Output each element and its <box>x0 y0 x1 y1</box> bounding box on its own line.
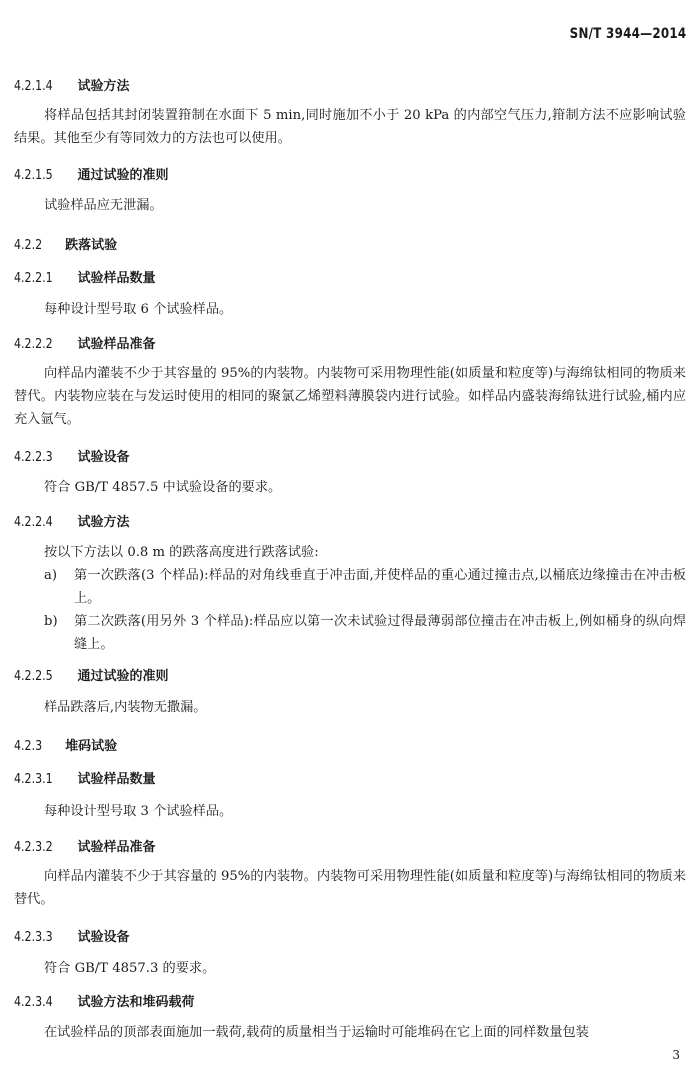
section-title: 堆码试验 <box>65 739 117 754</box>
section-heading: 4.2.3.1试验样品数量 <box>14 768 156 787</box>
list-item-label: b) <box>44 610 58 633</box>
list-item-text: 第一次跌落(3 个样品):样品的对角线垂直于冲击面,并使样品的重心通过撞击点,以… <box>74 564 686 610</box>
paragraph: 符合 GB/T 4857.3 的要求。 <box>14 957 686 980</box>
list-item: a) 第一次跌落(3 个样品):样品的对角线垂直于冲击面,并使样品的重心通过撞击… <box>44 564 686 610</box>
section-number: 4.2.2.3 <box>14 450 53 465</box>
section-title: 试验方法和堆码载荷 <box>77 995 194 1010</box>
section-number: 4.2.2.4 <box>14 515 53 530</box>
section-title: 试验样品准备 <box>77 337 155 352</box>
section-number: 4.2.3.3 <box>14 930 53 945</box>
section-number: 4.2.2.1 <box>14 271 53 286</box>
section-number: 4.2.3.2 <box>14 840 53 855</box>
section-number: 4.2.2.2 <box>14 337 53 352</box>
section-title: 试验样品数量 <box>77 271 155 286</box>
section-heading: 4.2.2跌落试验 <box>14 234 117 253</box>
list-item: b) 第二次跌落(用另外 3 个样品):样品应以第一次未试验过得最薄弱部位撞击在… <box>44 610 686 656</box>
section-title: 试验设备 <box>77 450 129 465</box>
section-heading: 4.2.2.3试验设备 <box>14 446 130 465</box>
list-item-label: a) <box>44 564 57 587</box>
section-heading: 4.2.3.4试验方法和堆码载荷 <box>14 991 195 1010</box>
paragraph: 按以下方法以 0.8 m 的跌落高度进行跌落试验: <box>14 541 686 564</box>
section-heading: 4.2.2.5通过试验的准则 <box>14 665 169 684</box>
paragraph: 在试验样品的顶部表面施加一载荷,载荷的质量相当于运输时可能堆码在它上面的同样数量… <box>14 1021 686 1044</box>
paragraph: 每种设计型号取 3 个试验样品。 <box>14 800 686 823</box>
section-number: 4.2.2 <box>14 238 42 253</box>
paragraph: 符合 GB/T 4857.5 中试验设备的要求。 <box>14 476 686 499</box>
section-number: 4.2.1.4 <box>14 79 53 94</box>
section-title: 试验方法 <box>77 79 129 94</box>
section-heading: 4.2.3.3试验设备 <box>14 926 130 945</box>
section-heading: 4.2.2.2试验样品准备 <box>14 333 156 352</box>
paragraph: 每种设计型号取 6 个试验样品。 <box>14 298 686 321</box>
section-heading: 4.2.1.4试验方法 <box>14 75 130 94</box>
section-heading: 4.2.3.2试验样品准备 <box>14 836 156 855</box>
section-heading: 4.2.2.4试验方法 <box>14 511 130 530</box>
page-number: 3 <box>672 1048 680 1062</box>
section-number: 4.2.3.1 <box>14 772 53 787</box>
section-title: 试验方法 <box>77 515 129 530</box>
list-item-text: 第二次跌落(用另外 3 个样品):样品应以第一次未试验过得最薄弱部位撞击在冲击板… <box>74 610 686 656</box>
section-title: 试验样品数量 <box>77 772 155 787</box>
paragraph: 样品跌落后,内装物无撒漏。 <box>14 696 686 719</box>
section-heading: 4.2.3堆码试验 <box>14 735 117 754</box>
section-number: 4.2.3.4 <box>14 995 53 1010</box>
paragraph: 向样品内灌装不少于其容量的 95%的内装物。内装物可采用物理性能(如质量和粒度等… <box>14 865 686 911</box>
paragraph: 向样品内灌装不少于其容量的 95%的内装物。内装物可采用物理性能(如质量和粒度等… <box>14 362 686 431</box>
section-number: 4.2.3 <box>14 739 42 754</box>
section-heading: 4.2.1.5通过试验的准则 <box>14 164 169 183</box>
standard-number: SN/T 3944—2014 <box>569 26 686 42</box>
section-title: 跌落试验 <box>65 238 117 253</box>
section-heading: 4.2.2.1试验样品数量 <box>14 267 156 286</box>
section-title: 试验样品准备 <box>77 840 155 855</box>
paragraph: 试验样品应无泄漏。 <box>14 194 686 217</box>
section-title: 通过试验的准则 <box>77 168 168 183</box>
section-title: 试验设备 <box>77 930 129 945</box>
section-title: 通过试验的准则 <box>77 669 168 684</box>
paragraph: 将样品包括其封闭装置箝制在水面下 5 min,同时施加不小于 20 kPa 的内… <box>14 104 686 150</box>
section-number: 4.2.2.5 <box>14 669 53 684</box>
section-number: 4.2.1.5 <box>14 168 53 183</box>
